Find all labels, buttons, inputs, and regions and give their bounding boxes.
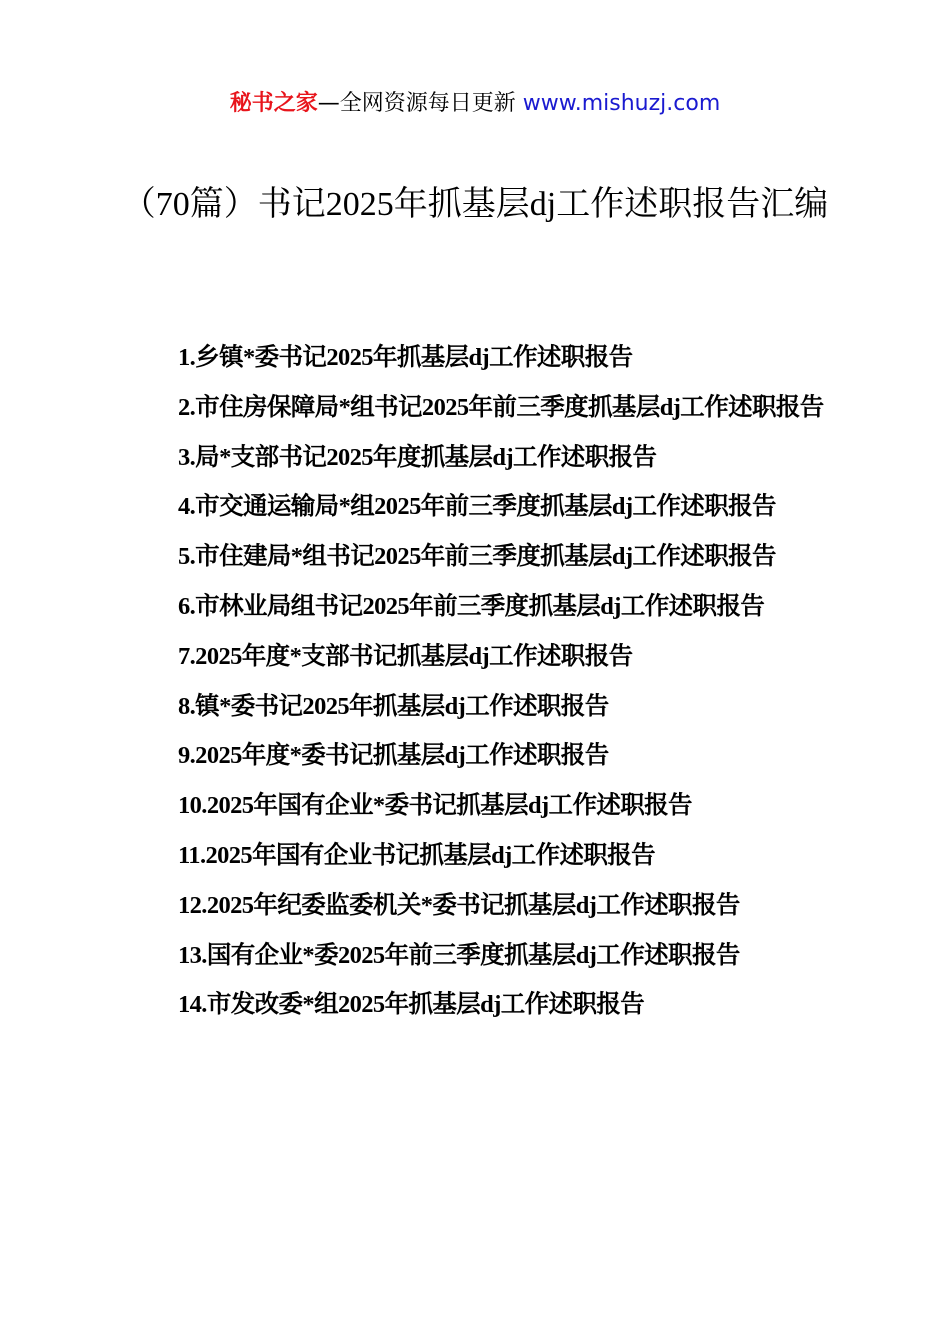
toc-item: 10.2025年国有企业*委书记抓基层dj工作述职报告 <box>128 781 834 831</box>
toc-item: 5.市住建局*组书记2025年前三季度抓基层dj工作述职报告 <box>128 532 834 582</box>
toc-item: 1.乡镇*委书记2025年抓基层dj工作述职报告 <box>128 333 834 383</box>
toc-item: 6.市林业局组书记2025年前三季度抓基层dj工作述职报告 <box>128 582 834 632</box>
site-url-link[interactable]: www.mishuzj.com <box>523 91 720 116</box>
toc-item: 9.2025年度*委书记抓基层dj工作述职报告 <box>128 731 834 781</box>
toc-item: 2.市住房保障局*组书记2025年前三季度抓基层dj工作述职报告 <box>128 383 834 433</box>
toc-item: 11.2025年国有企业书记抓基层dj工作述职报告 <box>128 831 834 881</box>
site-header: 秘书之家—全网资源每日更新 www.mishuzj.com <box>0 88 950 120</box>
header-tagline: —全网资源每日更新 <box>318 91 523 116</box>
brand-name: 秘书之家 <box>230 91 318 116</box>
toc-item: 13.国有企业*委2025年前三季度抓基层dj工作述职报告 <box>128 931 834 981</box>
document-title: （70篇）书记2025年抓基层dj工作述职报告汇编 <box>110 180 840 230</box>
toc-item: 4.市交通运输局*组2025年前三季度抓基层dj工作述职报告 <box>128 482 834 532</box>
table-of-contents: 1.乡镇*委书记2025年抓基层dj工作述职报告 2.市住房保障局*组书记202… <box>128 333 834 1030</box>
toc-item: 7.2025年度*支部书记抓基层dj工作述职报告 <box>128 632 834 682</box>
toc-item: 14.市发改委*组2025年抓基层dj工作述职报告 <box>128 980 834 1030</box>
toc-item: 8.镇*委书记2025年抓基层dj工作述职报告 <box>128 682 834 732</box>
toc-item: 12.2025年纪委监委机关*委书记抓基层dj工作述职报告 <box>128 881 834 931</box>
toc-item: 3.局*支部书记2025年度抓基层dj工作述职报告 <box>128 433 834 483</box>
